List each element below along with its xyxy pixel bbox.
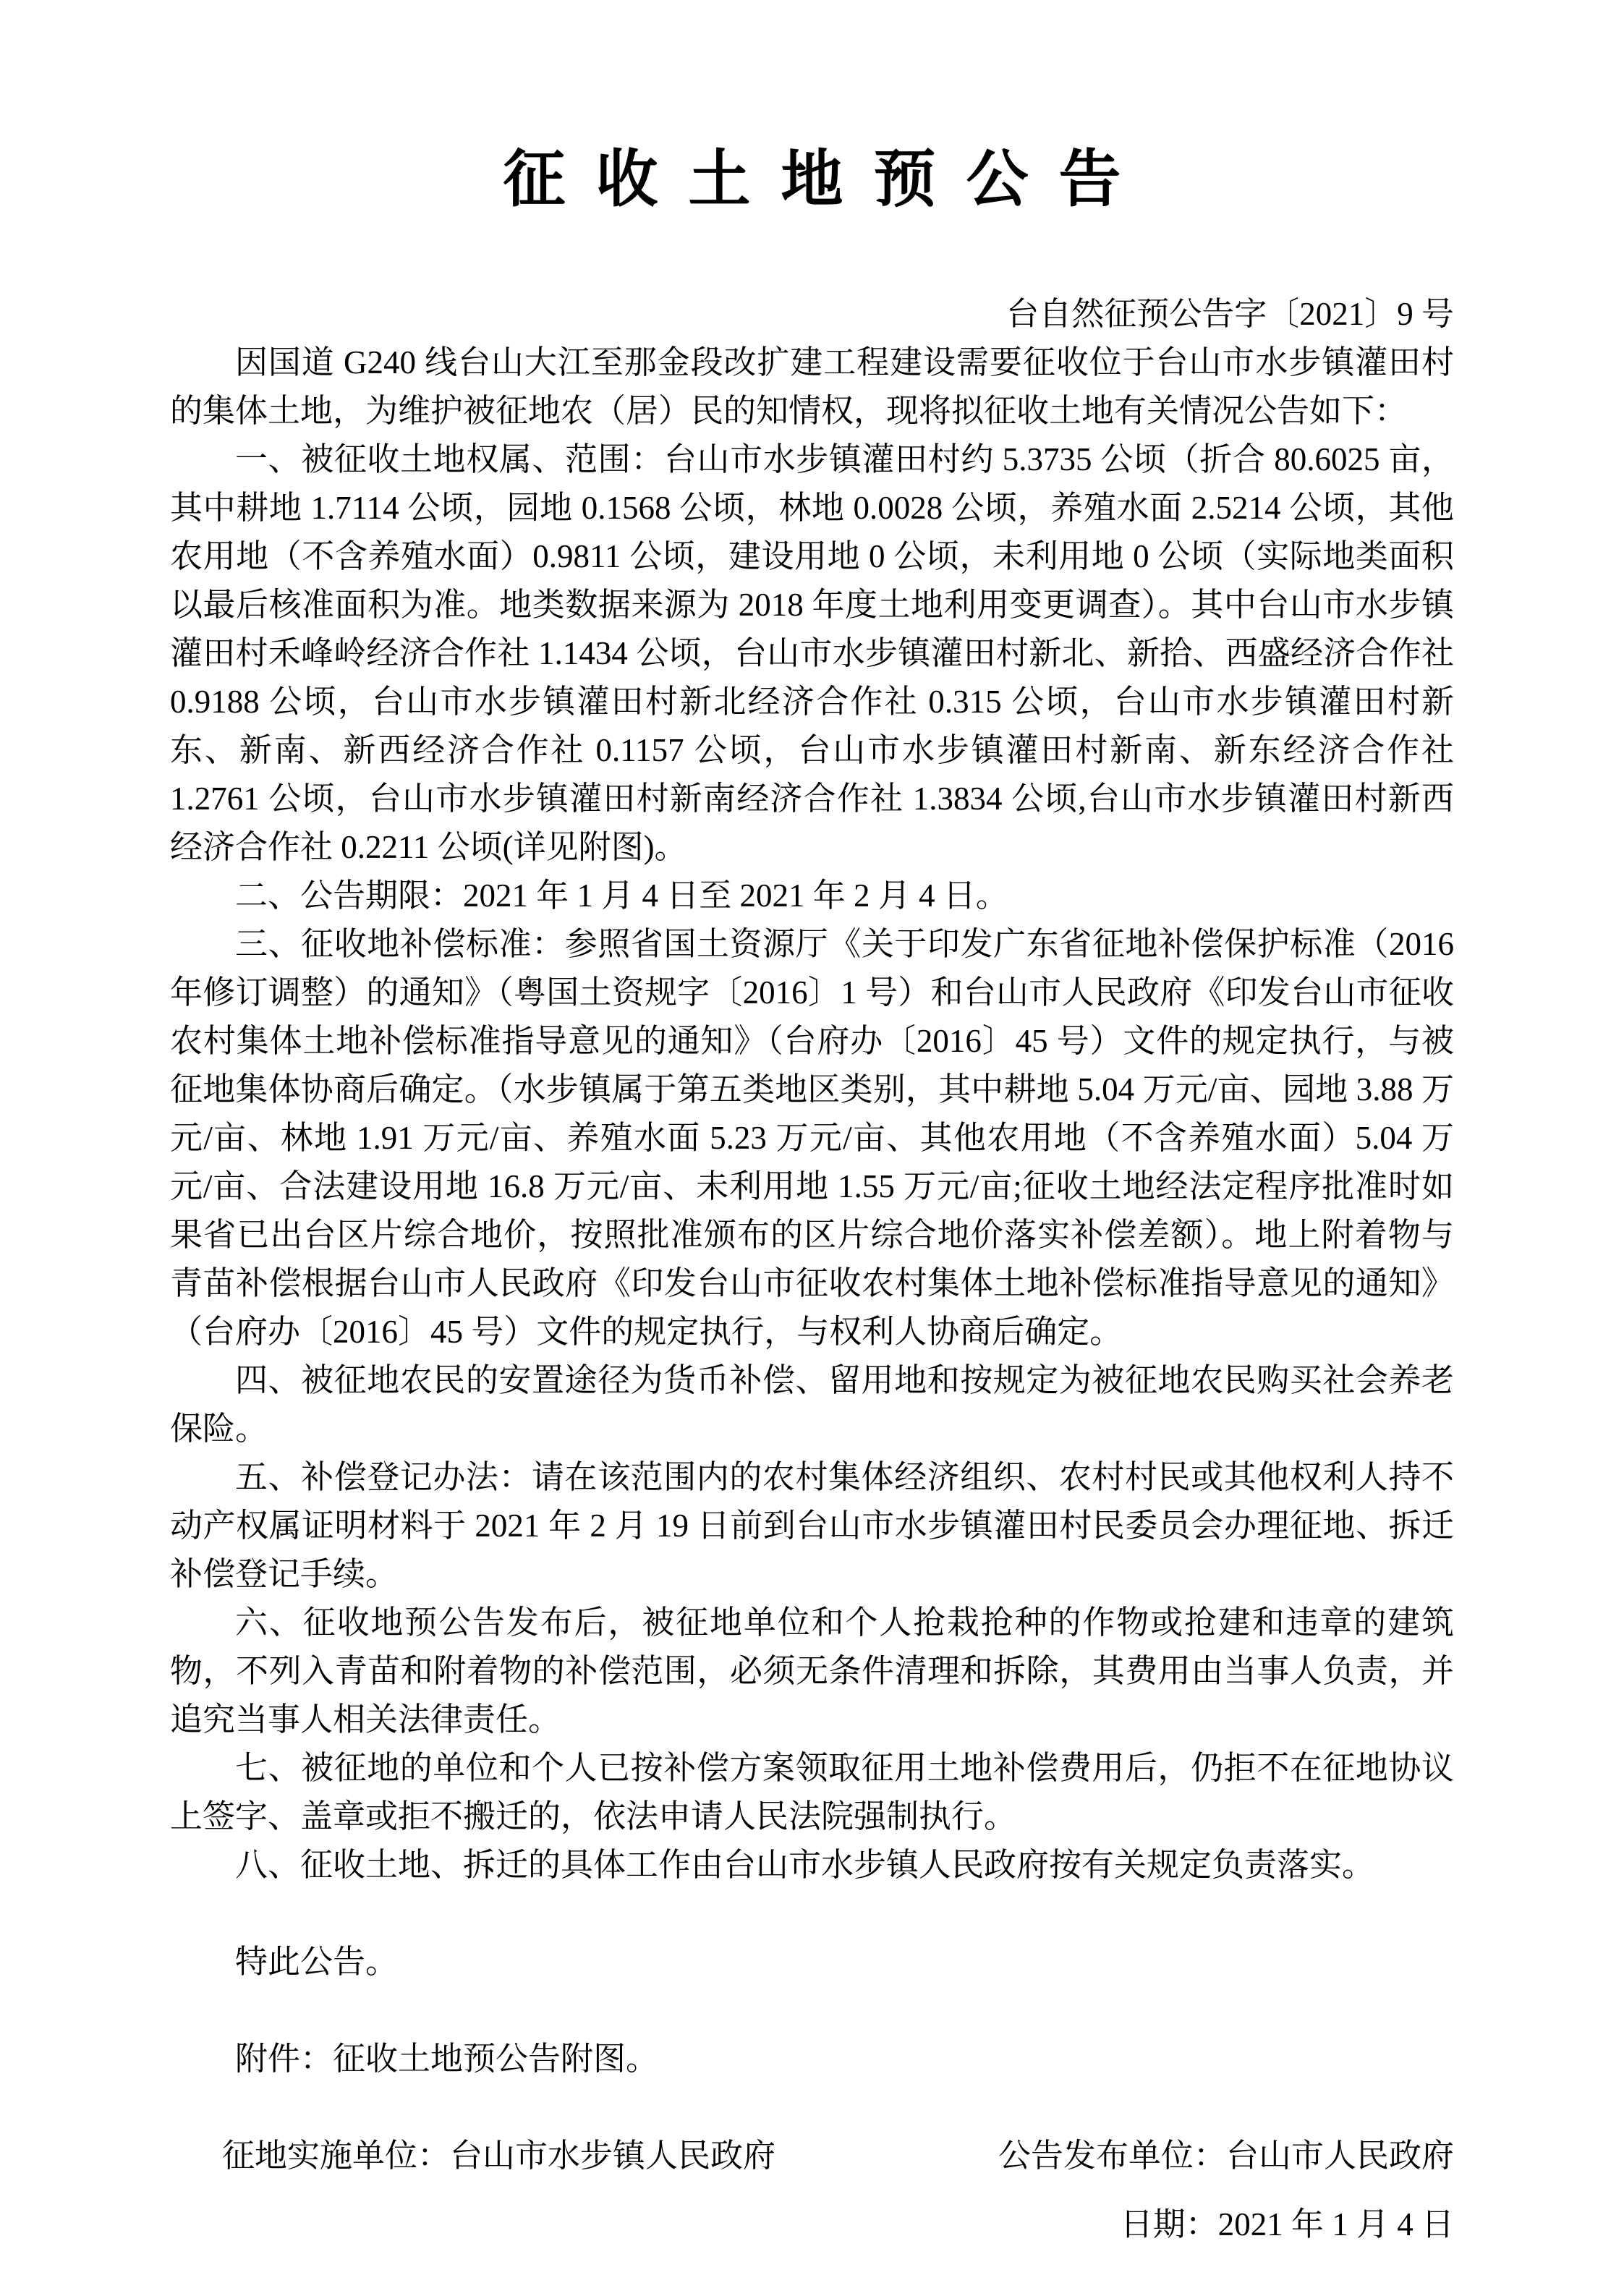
paragraph-6-rush: 六、征收地预公告发布后，被征地单位和个人抢栽抢种的作物或抢建和违章的建筑物，不列… (170, 1599, 1454, 1744)
paragraph-intro: 因国道 G240 线台山大江至那金段改扩建工程建设需要征收位于台山市水步镇灌田村… (170, 339, 1454, 435)
paragraph-8-duty: 八、征收土地、拆迁的具体工作由台山市水步镇人民政府按有关规定负责落实。 (170, 1841, 1454, 1889)
issuing-unit: 公告发布单位：台山市人民政府 (998, 2132, 1454, 2180)
blank-line (170, 2083, 1454, 2132)
footer-date-row: 日期：2021 年 1 月 4 日 (170, 2201, 1454, 2249)
closing-statement: 特此公告。 (170, 1938, 1454, 1986)
announcement-body: 因国道 G240 线台山大江至那金段改扩建工程建设需要征收位于台山市水步镇灌田村… (170, 339, 1454, 1889)
page-title: 征收土地预公告 (170, 148, 1454, 211)
attachment-note: 附件：征收土地预公告附图。 (170, 2035, 1454, 2083)
paragraph-7-enforce: 七、被征地的单位和个人已按补偿方案领取征用土地补偿费用后，仍拒不在征地协议上签字… (170, 1744, 1454, 1841)
paragraph-5-register: 五、补偿登记办法：请在该范围内的农村集体经济组织、农村村民或其他权利人持不动产权… (170, 1453, 1454, 1599)
announcement-page: 征收土地预公告 台自然征预公告字〔2021〕9 号 因国道 G240 线台山大江… (0, 0, 1624, 2296)
doc-number: 台自然征预公告字〔2021〕9 号 (170, 290, 1454, 339)
issue-date: 日期：2021 年 1 月 4 日 (1121, 2206, 1454, 2242)
blank-line (170, 1986, 1454, 2035)
implementing-unit: 征地实施单位：台山市水步镇人民政府 (222, 2132, 775, 2180)
paragraph-2-period: 二、公告期限：2021 年 1 月 4 日至 2021 年 2 月 4 日。 (170, 872, 1454, 920)
footer-units-row: 征地实施单位：台山市水步镇人民政府 公告发布单位：台山市人民政府 (170, 2132, 1454, 2180)
paragraph-1-scope: 一、被征收土地权属、范围：台山市水步镇灌田村约 5.3735 公顷（折合 80.… (170, 435, 1454, 872)
paragraph-3-standard: 三、征收地补偿标准：参照省国土资源厅《关于印发广东省征地补偿保护标准（2016 … (170, 920, 1454, 1356)
blank-line (170, 1889, 1454, 1938)
paragraph-4-resettle: 四、被征地农民的安置途径为货币补偿、留用地和按规定为被征地农民购买社会养老保险。 (170, 1356, 1454, 1453)
